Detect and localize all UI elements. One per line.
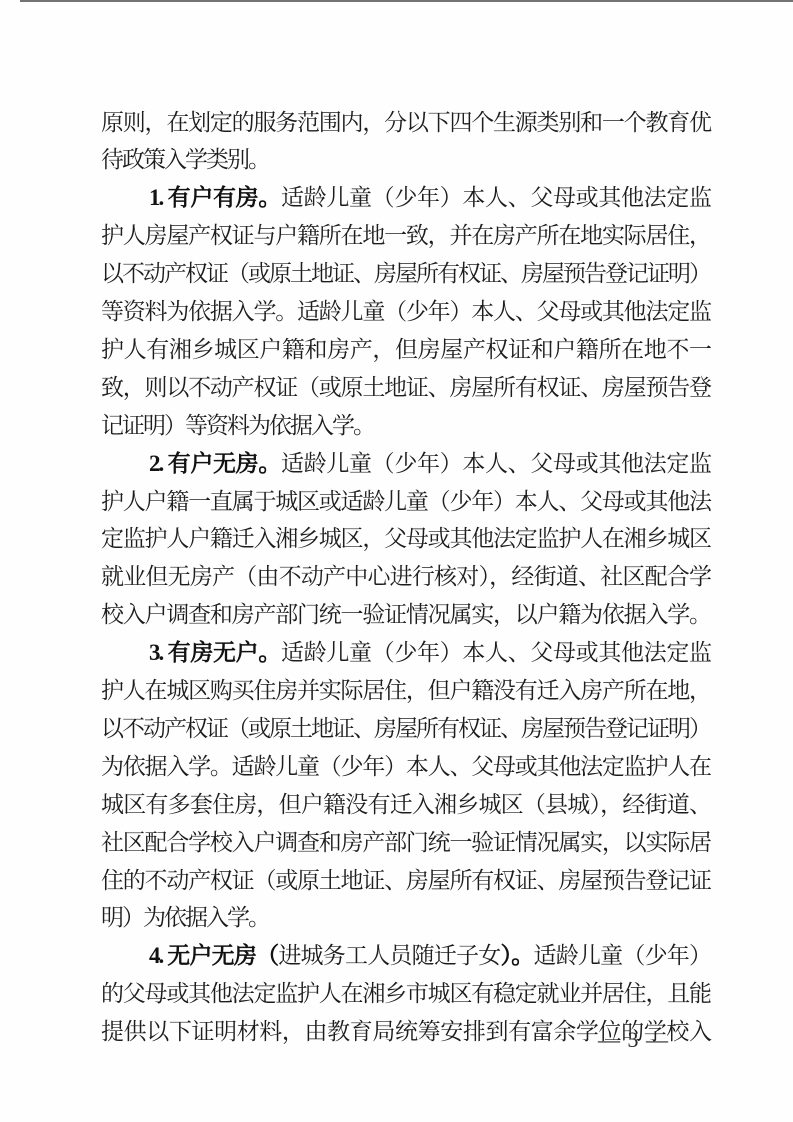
text-line: 以不动产权证（或原土地证、房屋所有权证、房屋预告登记证明） (101, 710, 710, 748)
text-run: 护人有湘乡城区户籍和房产，但房屋产权证和户籍所在地不一 (101, 337, 710, 362)
text-line: 等资料为依据入学。适龄儿童（少年）本人、父母或其他法定监 (101, 293, 710, 331)
heading-run: 4. 无户无房（ (149, 943, 278, 968)
text-line: 1. 有户有房。适龄儿童（少年）本人、父母或其他法定监 (101, 179, 710, 217)
heading-run: 2. 有户无房。 (149, 451, 281, 476)
text-run: 以不动产权证（或原土地证、房屋所有权证、房屋预告登记证明） (101, 716, 710, 741)
text-line: 为依据入学。适龄儿童（少年）本人、父母或其他法定监护人在 (101, 748, 710, 786)
text-run: 适龄儿童（少年） (533, 943, 710, 968)
text-line: 护人房屋产权证与户籍所在地一致，并在房产所在地实际居住， (101, 217, 710, 255)
heading-run: 3. 有房无户。 (149, 640, 281, 665)
text-line: 就业但无房产（由不动产中心进行核对），经街道、社区配合学 (101, 558, 710, 596)
page-number: — 3 — (598, 1026, 669, 1054)
text-run: 的父母或其他法定监护人在湘乡市城区有稳定就业并居住，且能 (101, 981, 710, 1006)
text-run: 明）为依据入学。 (101, 905, 269, 930)
text-line: 2. 有户无房。适龄儿童（少年）本人、父母或其他法定监 (101, 445, 710, 483)
text-run: 护人房屋产权证与户籍所在地一致，并在房产所在地实际居住， (101, 223, 710, 248)
text-run: 为依据入学。适龄儿童（少年）本人、父母或其他法定监护人在 (101, 754, 710, 779)
text-run: 适龄儿童（少年）本人、父母或其他法定监 (281, 640, 710, 665)
text-line: 的父母或其他法定监护人在湘乡市城区有稳定就业并居住，且能 (101, 975, 710, 1013)
text-line: 校入户调查和房产部门统一验证情况属实，以户籍为依据入学。 (101, 596, 710, 634)
text-line: 原则，在划定的服务范围内，分以下四个生源类别和一个教育优 (101, 104, 710, 142)
document-page: 原则，在划定的服务范围内，分以下四个生源类别和一个教育优待政策入学类别。1. 有… (0, 0, 793, 1122)
text-line: 护人在城区购买住房并实际居住，但户籍没有迁入房产所在地， (101, 672, 710, 710)
text-run: 适龄儿童（少年）本人、父母或其他法定监 (281, 185, 710, 210)
text-line: 4. 无户无房（进城务工人员随迁子女）。适龄儿童（少年） (101, 937, 710, 975)
text-line: 致，则以不动产权证（或原土地证、房屋所有权证、房屋预告登 (101, 369, 710, 407)
text-line: 城区有多套住房，但户籍没有迁入湘乡城区（县城），经街道、 (101, 786, 710, 824)
text-run: 就业但无房产（由不动产中心进行核对），经街道、社区配合学 (101, 564, 710, 589)
text-line: 护人户籍一直属于城区或适龄儿童（少年）本人、父母或其他法 (101, 483, 710, 521)
text-line: 记证明）等资料为依据入学。 (101, 407, 710, 445)
text-run: 城区有多套住房，但户籍没有迁入湘乡城区（县城），经街道、 (101, 792, 710, 817)
text-run: 原则，在划定的服务范围内，分以下四个生源类别和一个教育优 (101, 110, 710, 135)
text-line: 以不动产权证（或原土地证、房屋所有权证、房屋预告登记证明） (101, 255, 710, 293)
text-line: 护人有湘乡城区户籍和房产，但房屋产权证和户籍所在地不一 (101, 331, 710, 369)
text-line: 明）为依据入学。 (101, 899, 710, 937)
text-line: 待政策入学类别。 (101, 141, 710, 179)
text-run: 进城务工人员随迁子女 (278, 943, 500, 968)
text-run: 以不动产权证（或原土地证、房屋所有权证、房屋预告登记证明） (101, 261, 710, 286)
text-line: 定监护人户籍迁入湘乡城区，父母或其他法定监护人在湘乡城区 (101, 520, 710, 558)
text-run: 等资料为依据入学。适龄儿童（少年）本人、父母或其他法定监 (101, 299, 710, 324)
heading-run: ）。 (501, 943, 534, 968)
text-run: 校入户调查和房产部门统一验证情况属实，以户籍为依据入学。 (101, 602, 710, 627)
text-line: 3. 有房无户。适龄儿童（少年）本人、父母或其他法定监 (101, 634, 710, 672)
text-run: 定监护人户籍迁入湘乡城区，父母或其他法定监护人在湘乡城区 (101, 526, 710, 551)
text-run: 社区配合学校入户调查和房产部门统一验证情况属实，以实际居 (101, 830, 710, 855)
text-run: 住的不动产权证（或原土地证、房屋所有权证、房屋预告登记证 (101, 868, 710, 893)
text-run: 护人在城区购买住房并实际居住，但户籍没有迁入房产所在地， (101, 678, 710, 703)
text-run: 记证明）等资料为依据入学。 (101, 413, 374, 438)
text-run: 护人户籍一直属于城区或适龄儿童（少年）本人、父母或其他法 (101, 489, 710, 514)
heading-run: 1. 有户有房。 (149, 185, 281, 210)
text-line: 住的不动产权证（或原土地证、房屋所有权证、房屋预告登记证 (101, 862, 710, 900)
text-line: 社区配合学校入户调查和房产部门统一验证情况属实，以实际居 (101, 824, 710, 862)
text-run: 致，则以不动产权证（或原土地证、房屋所有权证、房屋预告登 (101, 375, 710, 400)
text-run: 适龄儿童（少年）本人、父母或其他法定监 (281, 451, 710, 476)
document-body: 原则，在划定的服务范围内，分以下四个生源类别和一个教育优待政策入学类别。1. 有… (0, 0, 793, 1122)
text-run: 待政策入学类别。 (101, 147, 269, 172)
